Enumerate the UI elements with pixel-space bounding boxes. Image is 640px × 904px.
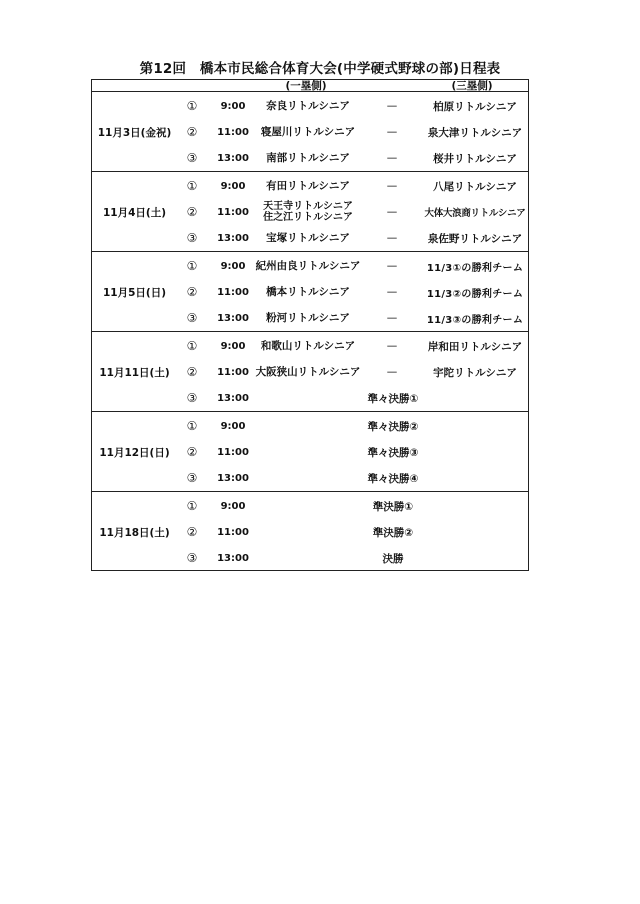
home-team: 粉河リトルシニア [256, 305, 360, 331]
game-number: ① [177, 93, 207, 119]
game-time: 11:00 [210, 519, 256, 545]
match-name: 決勝 [256, 545, 530, 571]
versus-dash: — [364, 359, 420, 385]
game-time: 11:00 [210, 279, 256, 305]
game-number: ② [177, 199, 207, 225]
game-row: ② 11:00 大阪狭山リトルシニア — 宇陀リトルシニア [92, 359, 528, 385]
game-row: ① 9:00 紀州由良リトルシニア — 11/3①の勝利チーム [92, 253, 528, 279]
versus-dash: — [364, 279, 420, 305]
home-team-line-2: 住之江リトルシニア [263, 212, 353, 223]
game-number: ③ [177, 305, 207, 331]
day-group: 11月5日(日) ① 9:00 紀州由良リトルシニア — 11/3①の勝利チーム… [92, 252, 528, 332]
game-number: ① [177, 413, 207, 439]
game-time: 9:00 [210, 253, 256, 279]
day-group: 11月12日(日) ① 9:00 準々決勝② ② 11:00 準々決勝③ ③ 1… [92, 412, 528, 492]
game-row: ③ 13:00 粉河リトルシニア — 11/3③の勝利チーム [92, 305, 528, 331]
game-time: 13:00 [210, 465, 256, 491]
game-row: ① 9:00 準々決勝② [92, 413, 528, 439]
home-team: 大阪狭山リトルシニア [256, 359, 360, 385]
game-row: ① 9:00 和歌山リトルシニア — 岸和田リトルシニア [92, 333, 528, 359]
game-time: 9:00 [210, 333, 256, 359]
game-row: ② 11:00 寝屋川リトルシニア — 泉大津リトルシニア [92, 119, 528, 145]
page-title: 第12回 橋本市民総合体育大会(中学硬式野球の部)日程表 [0, 57, 640, 77]
home-team: 南部リトルシニア [256, 145, 360, 171]
versus-dash: — [364, 119, 420, 145]
game-row: ③ 13:00 決勝 [92, 545, 528, 571]
game-number: ③ [177, 225, 207, 251]
day-group: 11月4日(土) ① 9:00 有田リトルシニア — 八尾リトルシニア ② 11… [92, 172, 528, 252]
versus-dash: — [364, 253, 420, 279]
game-row: ② 11:00 橋本リトルシニア — 11/3②の勝利チーム [92, 279, 528, 305]
game-row: ① 9:00 有田リトルシニア — 八尾リトルシニア [92, 173, 528, 199]
game-row: ③ 13:00 準々決勝④ [92, 465, 528, 491]
home-team: 奈良リトルシニア [256, 93, 360, 119]
game-number: ② [177, 279, 207, 305]
game-time: 9:00 [210, 413, 256, 439]
home-team: 和歌山リトルシニア [256, 333, 360, 359]
versus-dash: — [364, 305, 420, 331]
game-number: ② [177, 519, 207, 545]
versus-dash: — [364, 93, 420, 119]
schedule-days: 11月3日(金祝) ① 9:00 奈良リトルシニア — 柏原リトルシニア ② 1… [92, 92, 528, 572]
game-number: ① [177, 173, 207, 199]
match-name: 準決勝① [256, 493, 530, 519]
away-team: 泉大津リトルシニア [420, 119, 530, 145]
game-time: 13:00 [210, 385, 256, 411]
game-time: 11:00 [210, 359, 256, 385]
away-team: 柏原リトルシニア [420, 93, 530, 119]
away-team: 11/3①の勝利チーム [420, 253, 530, 279]
home-team: 寝屋川リトルシニア [256, 119, 360, 145]
game-time: 11:00 [210, 199, 256, 225]
game-row: ③ 13:00 南部リトルシニア — 桜井リトルシニア [92, 145, 528, 171]
game-time: 9:00 [210, 493, 256, 519]
game-number: ② [177, 439, 207, 465]
away-team: 岸和田リトルシニア [420, 333, 530, 359]
game-row: ③ 13:00 準々決勝① [92, 385, 528, 411]
game-row: ② 11:00 準々決勝③ [92, 439, 528, 465]
away-team: 大体大浪商リトルシニア [420, 199, 530, 225]
home-team: 橋本リトルシニア [256, 279, 360, 305]
match-name: 準々決勝② [256, 413, 530, 439]
versus-dash: — [364, 173, 420, 199]
versus-dash: — [364, 199, 420, 225]
game-time: 13:00 [210, 225, 256, 251]
game-number: ③ [177, 145, 207, 171]
game-time: 9:00 [210, 173, 256, 199]
versus-dash: — [364, 333, 420, 359]
away-team: 八尾リトルシニア [420, 173, 530, 199]
match-name: 準々決勝④ [256, 465, 530, 491]
game-row: ② 11:00 準決勝② [92, 519, 528, 545]
game-number: ① [177, 333, 207, 359]
match-name: 準々決勝① [256, 385, 530, 411]
home-team: 宝塚リトルシニア [256, 225, 360, 251]
away-team: 桜井リトルシニア [420, 145, 530, 171]
day-group: 11月18日(土) ① 9:00 準決勝① ② 11:00 準決勝② ③ 13:… [92, 492, 528, 572]
away-team: 11/3③の勝利チーム [420, 305, 530, 331]
schedule-table: (一塁側) (三塁側) 11月3日(金祝) ① 9:00 奈良リトルシニア — … [91, 79, 529, 571]
game-number: ③ [177, 385, 207, 411]
game-row: ② 11:00 天王寺リトルシニア 住之江リトルシニア — 大体大浪商リトルシニ… [92, 199, 528, 225]
header-home-side: (一塁側) [256, 78, 356, 93]
away-team: 泉佐野リトルシニア [420, 225, 530, 251]
home-team: 紀州由良リトルシニア [256, 253, 360, 279]
game-row: ① 9:00 準決勝① [92, 493, 528, 519]
day-group: 11月11日(土) ① 9:00 和歌山リトルシニア — 岸和田リトルシニア ②… [92, 332, 528, 412]
match-name: 準々決勝③ [256, 439, 530, 465]
game-number: ① [177, 253, 207, 279]
day-group: 11月3日(金祝) ① 9:00 奈良リトルシニア — 柏原リトルシニア ② 1… [92, 92, 528, 172]
game-number: ③ [177, 465, 207, 491]
header-away-side: (三塁側) [422, 78, 522, 93]
game-number: ① [177, 493, 207, 519]
game-time: 9:00 [210, 93, 256, 119]
game-time: 13:00 [210, 545, 256, 571]
home-team-line-1: 天王寺リトルシニア [263, 201, 353, 212]
away-team: 宇陀リトルシニア [420, 359, 530, 385]
match-name: 準決勝② [256, 519, 530, 545]
game-row: ① 9:00 奈良リトルシニア — 柏原リトルシニア [92, 93, 528, 119]
away-team: 11/3②の勝利チーム [420, 279, 530, 305]
game-number: ③ [177, 545, 207, 571]
game-time: 11:00 [210, 439, 256, 465]
game-time: 13:00 [210, 145, 256, 171]
game-row: ③ 13:00 宝塚リトルシニア — 泉佐野リトルシニア [92, 225, 528, 251]
game-time: 11:00 [210, 119, 256, 145]
versus-dash: — [364, 145, 420, 171]
table-header: (一塁側) (三塁側) [92, 80, 528, 92]
game-number: ② [177, 359, 207, 385]
home-team-joint: 天王寺リトルシニア 住之江リトルシニア [256, 199, 360, 225]
game-time: 13:00 [210, 305, 256, 331]
versus-dash: — [364, 225, 420, 251]
game-number: ② [177, 119, 207, 145]
home-team: 有田リトルシニア [256, 173, 360, 199]
